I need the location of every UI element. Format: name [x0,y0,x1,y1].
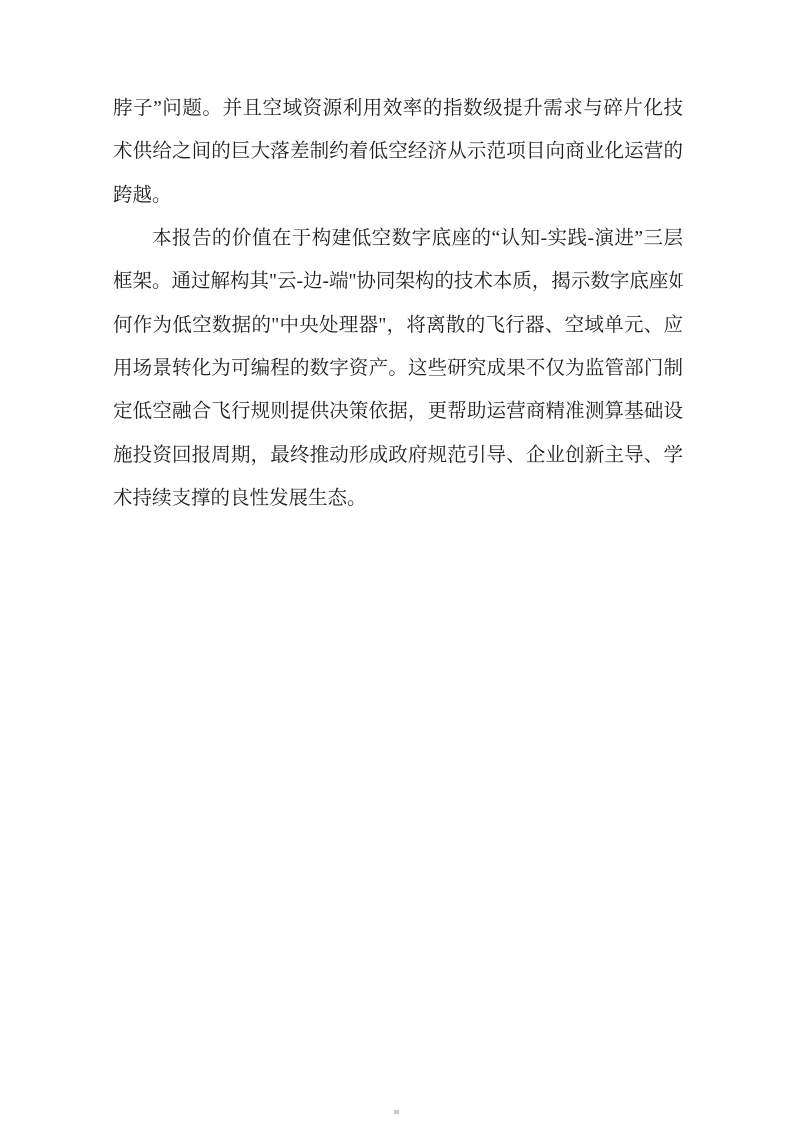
footer-page-mark [394,1110,399,1114]
text-line: 跨越。 [113,174,683,217]
text-line: 术持续支撑的良性发展生态。 [113,477,683,520]
text-line: 定低空融合飞行规则提供决策依据，更帮助运营商精准测算基础设 [113,390,683,433]
text-line: 本报告的价值在于构建低空数字底座的“认知-实践-演进”三层 [113,217,683,260]
text-line: 用场景转化为可编程的数字资产。这些研究成果不仅为监管部门制 [113,347,683,390]
document-page: 脖子”问题。并且空域资源利用效率的指数级提升需求与碎片化技 术供给之间的巨大落差… [0,0,793,1122]
text-line: 框架。通过解构其"云-边-端"协同架构的技术本质，揭示数字底座如 [113,260,683,303]
text-line: 术供给之间的巨大落差制约着低空经济从示范项目向商业化运营的 [113,130,683,173]
body-text-block: 脖子”问题。并且空域资源利用效率的指数级提升需求与碎片化技 术供给之间的巨大落差… [113,87,683,520]
text-line: 何作为低空数据的"中央处理器"，将离散的飞行器、空域单元、应 [113,304,683,347]
paragraph-1: 脖子”问题。并且空域资源利用效率的指数级提升需求与碎片化技 术供给之间的巨大落差… [113,87,683,217]
text-line: 施投资回报周期，最终推动形成政府规范引导、企业创新主导、学 [113,434,683,477]
text-line: 脖子”问题。并且空域资源利用效率的指数级提升需求与碎片化技 [113,87,683,130]
paragraph-2: 本报告的价值在于构建低空数字底座的“认知-实践-演进”三层 框架。通过解构其"云… [113,217,683,520]
